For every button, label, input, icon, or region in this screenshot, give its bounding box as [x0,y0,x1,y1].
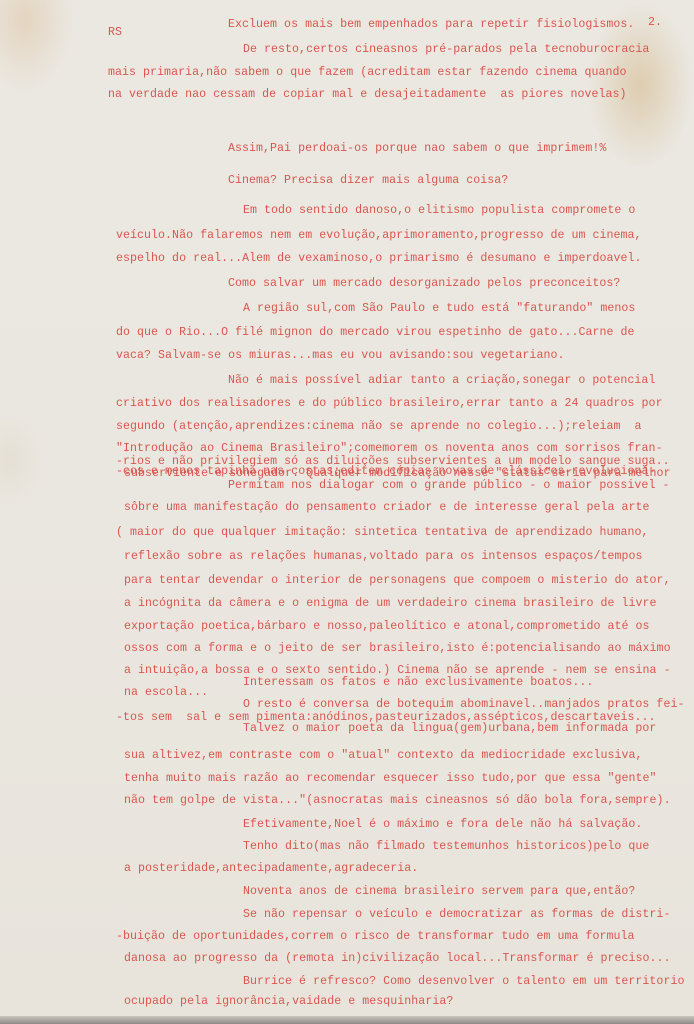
typed-line: Interessam os fatos e não exclusivamente… [243,676,593,690]
header-initials: RS [108,26,122,39]
typewritten-page: RS 2. Excluem os mais bem empenhados par… [0,0,694,1024]
typed-line: Em todo sentido danoso,o elitismo populi… [243,204,635,218]
typed-line: na escola... [124,686,208,700]
typed-line: O resto é conversa de botequim abominave… [243,698,684,712]
typed-line: Talvez o maior poeta da lingua(gem)urban… [243,722,656,736]
typed-line: sua altivez,em contraste com o "atual" c… [124,749,643,763]
page-number: 2. [648,16,662,29]
typed-line: ossos com a forma e o jeito de ser brasi… [124,642,671,656]
typed-line: Não é mais possível adiar tanto a criaçã… [228,374,655,388]
typed-line: Permitam nos dialogar com o grande públi… [228,479,669,493]
typed-line: Cinema? Precisa dizer mais alguma coisa? [228,174,508,188]
typed-line: -buição de oportunidades,correm o risco … [116,930,635,944]
typed-line: ( maior do que qualquer imitação: sintet… [116,526,649,540]
typed-line: Tenho dito(mas não filmado testemunhos h… [243,840,649,854]
typed-line: espelho do real...Alem de vexaminoso,o p… [116,252,642,266]
typed-line: sôbre uma manifestação do pensamento cri… [124,501,650,515]
typed-line: vaca? Salvam-se os miuras...mas eu vou a… [116,349,564,363]
typed-line: Assim,Pai perdoai-os porque nao sabem o … [228,142,606,156]
typed-line: Como salvar um mercado desorganizado pel… [228,277,620,291]
typed-line: Excluem os mais bem empenhados para repe… [228,18,634,32]
typed-line: para tentar devendar o interior de perso… [124,574,671,588]
typed-line: não tem golpe de vista..."(asnocratas ma… [124,794,671,808]
typed-line: na verdade nao cessam de copiar mal e de… [108,88,627,102]
typed-line: Se não repensar o veículo e democratizar… [243,908,670,922]
typed-line: segundo (atenção,aprendizes:cinema não s… [116,420,642,434]
typed-line: ocupado pela ignorância,vaidade e mesqui… [124,995,453,1009]
typed-line: veículo.Não falaremos nem em evolução,ap… [116,229,642,243]
typed-line: danosa ao progresso da (remota in)civili… [124,952,671,966]
typed-line: De resto,certos cineasnos pré-parados pe… [243,43,649,57]
typed-line: a incógnita da câmera e o enigma de um v… [124,597,657,611]
typed-line: do que o Rio...O filé mignon do mercado … [116,326,635,340]
typed-line: Burrice é refresco? Como desenvolver o t… [243,975,684,989]
typed-line: Efetivamente,Noel é o máximo e fora dele… [243,818,642,832]
typed-line: A região sul,com São Paulo e tudo está "… [243,302,635,316]
typed-line: "Introdução ao Cinema Brasileiro";comemo… [116,442,663,456]
typed-line: exportação poetica,bárbaro e nosso,paleo… [124,620,650,634]
paper-bottom-edge [0,1016,694,1024]
typed-line: criativo dos realisadores e do público b… [116,397,663,411]
typed-line: reflexão sobre as relações humanas,volta… [124,550,643,564]
typed-line: mais primaria,não sabem o que fazem (acr… [108,66,627,80]
typed-line: tenha muito mais razão ao recomendar esq… [124,772,657,786]
typed-line: a posteridade,antecipadamente,agradeceri… [124,862,418,876]
typed-line: Noventa anos de cinema brasileiro servem… [243,885,635,899]
